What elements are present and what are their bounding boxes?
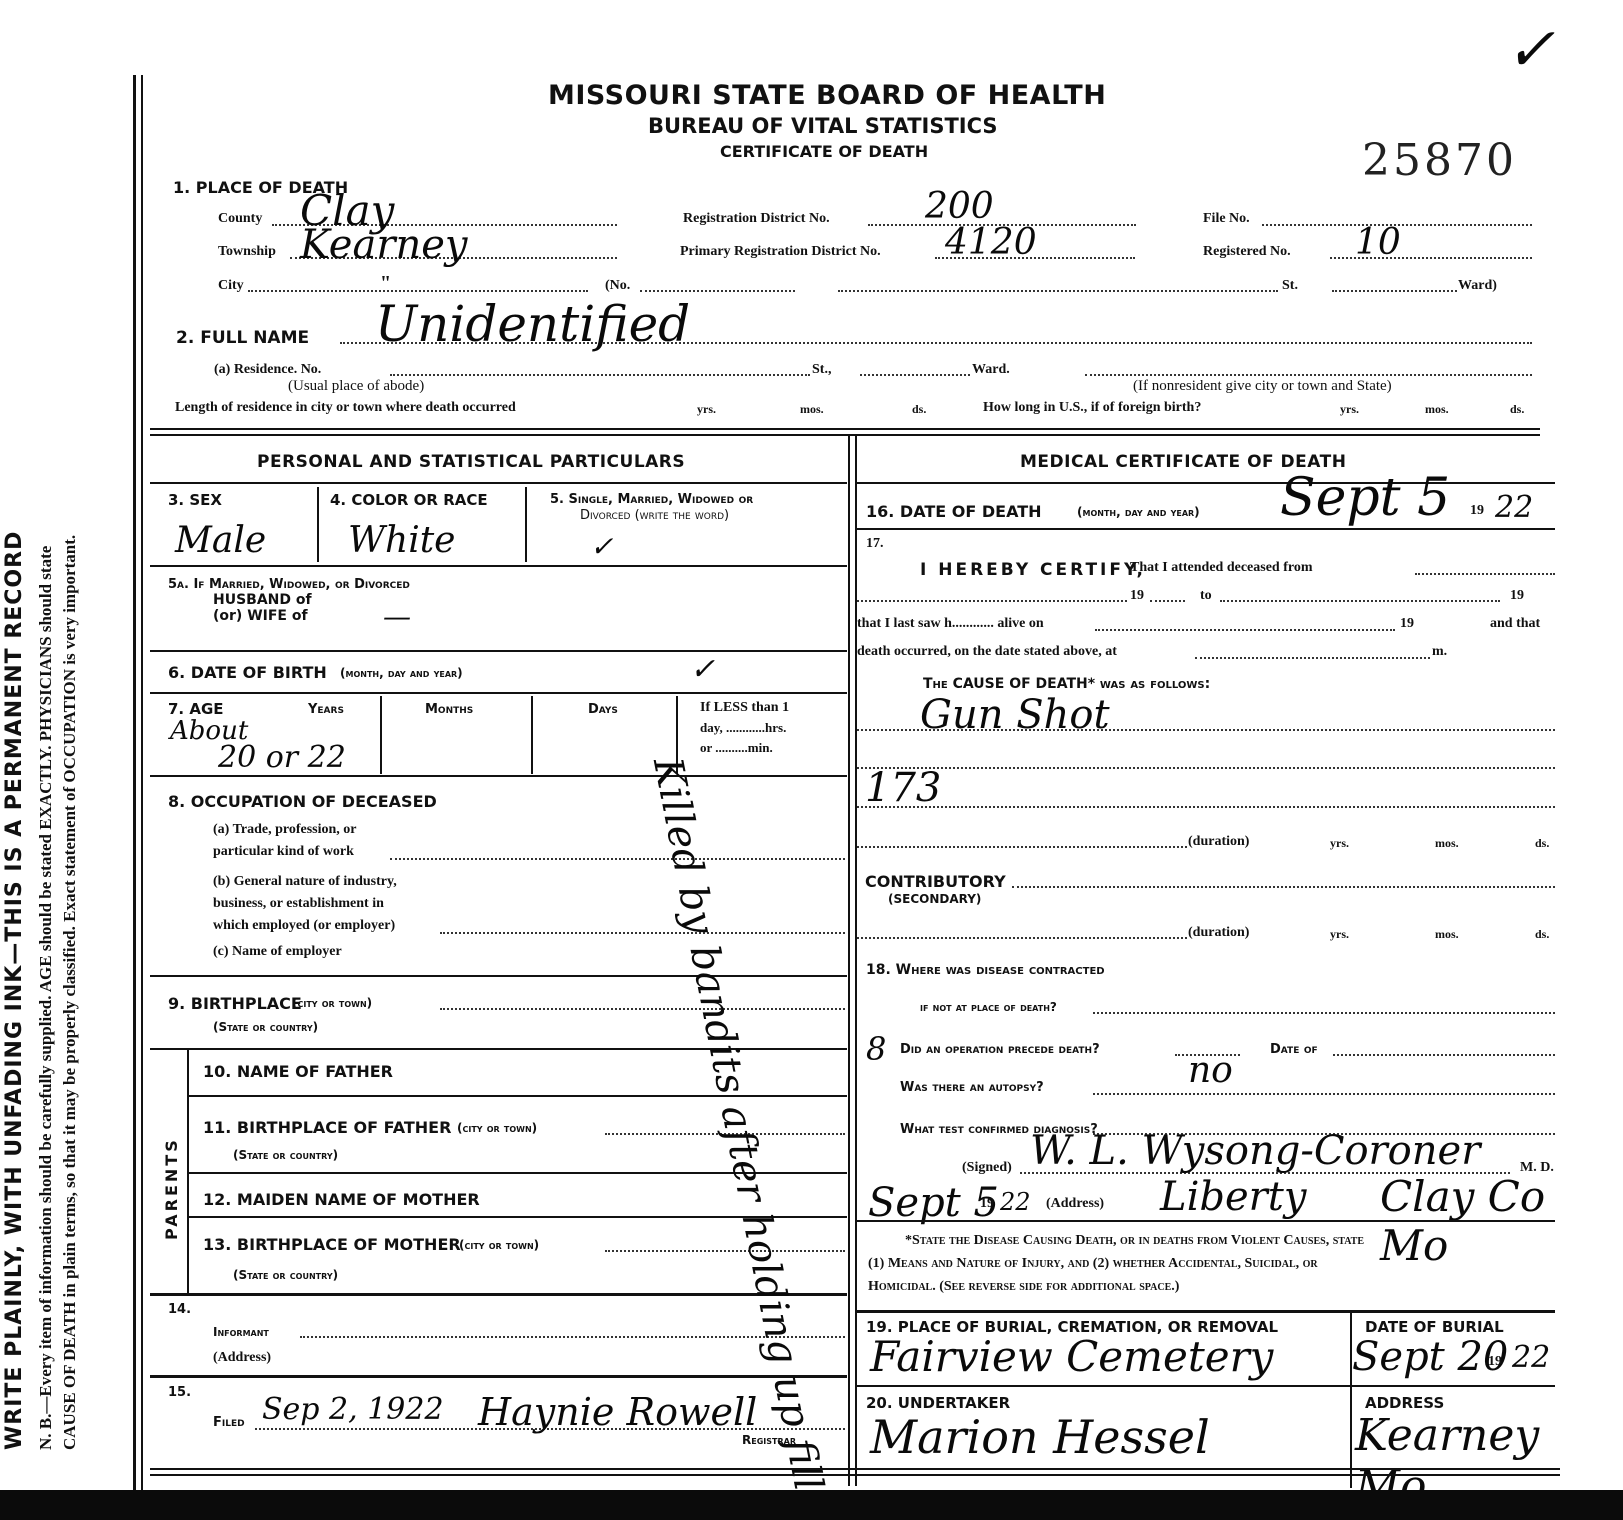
signed-label: (Signed) [962,1160,1012,1176]
age-less-label: If LESS than 1 [700,700,789,716]
certify-to: to [1200,588,1212,604]
cause-label: The CAUSE OF DEATH* was as follows: [923,676,1210,692]
birthplace-sub-label: (city or town) [292,996,372,1010]
husband-label: HUSBAND of [213,592,312,608]
parents-label: PARENTS [162,1120,181,1240]
dob-sub-label: (month, day and year) [340,666,463,680]
occupation-label: 8. OCCUPATION OF DECEASED [168,792,437,811]
informant-number: 14. [168,1302,191,1317]
length-ds: ds. [912,402,926,417]
age-months-label: Months [425,702,473,717]
length-yrs: yrs. [697,402,716,417]
burial-date-value: Sept 20 [1352,1334,1508,1380]
dod-label: 16. DATE OF DEATH [866,502,1042,521]
us-mos: mos. [1425,402,1449,417]
full-name-value: Unidentified [375,295,690,353]
secondary-duration-mos: mos. [1435,927,1459,942]
primary-reg-value: 4120 [945,222,1037,263]
undertaker-value: Marion Hessel [870,1410,1210,1464]
reg-district-value: 200 [925,186,994,227]
filed-label: Filed [213,1415,245,1430]
column-divider [848,436,850,1486]
occ-b-line3: which employed (or employer) [213,918,395,934]
autopsy-value: no [1188,1050,1233,1091]
form-name: CERTIFICATE OF DEATH [720,142,928,161]
personal-section-title: PERSONAL AND STATISTICAL PARTICULARS [257,452,685,472]
certify-19-b: 19 [1510,588,1524,604]
dod-year-prefix: 19 [1470,503,1484,519]
primary-duration-ds: ds. [1535,836,1549,851]
length-mos: mos. [800,402,824,417]
age-less-day: day, ............hrs. [700,720,786,736]
primary-duration-mos: mos. [1435,836,1459,851]
margin-note-line3: CAUSE OF DEATH in plain terms, so that i… [60,150,80,1450]
last-saw-label: that I last saw h............ alive on [857,616,1044,632]
dod-year-value: 22 [1495,490,1533,525]
primary-duration-yrs: yrs. [1330,836,1349,851]
occ-a-line2: particular kind of work [213,844,354,860]
township-value: Kearney [300,222,467,268]
birthplace-state-label: (State or country) [213,1020,318,1034]
burial-place-value: Fairview Cemetery [870,1332,1273,1381]
check-mark-icon: ✓ [1505,15,1555,85]
certify-number: 17. [866,536,884,552]
informant-label: Informant [213,1325,269,1339]
margin-note-permanent-record: WRITE PLAINLY, WITH UNFADING INK—THIS IS… [2,300,27,1450]
informant-address-label: (Address) [213,1350,271,1366]
secondary-duration-label: (duration) [1188,925,1249,941]
form-border-left [133,75,136,1495]
marital-label: 5. Single, Married, Widowed or [550,492,753,507]
sign-year-value: 22 [1000,1188,1031,1216]
diagonal-handwritten-note: Killed by bandits after holding up filli… [644,754,796,1312]
footnote-line1: *State the Disease Causing Death, or in … [905,1233,1364,1249]
occ-c-label: (c) Name of employer [213,944,342,960]
city-label: City [218,278,244,294]
how-long-label: How long in U.S., if of foreign birth? [983,400,1201,416]
mother-state-label: (State or country) [233,1268,338,1282]
secondary-duration-ds: ds. [1535,927,1549,942]
file-no-label: File No. [1203,211,1250,227]
page-title: MISSOURI STATE BOARD OF HEALTH [548,80,1106,111]
primary-duration-label: (duration) [1188,834,1249,850]
age-less-min: or ..........min. [700,740,773,756]
full-name-label: 2. FULL NAME [176,328,309,348]
age-days-label: Days [588,702,618,717]
race-value: White [348,520,455,561]
registrar-name-value: Haynie Rowell [478,1390,757,1434]
city-st-label: St. [1282,278,1298,294]
city-value: " [380,272,391,295]
dod-sub-label: (month, day and year) [1077,505,1200,519]
page-subtitle: BUREAU OF VITAL STATISTICS [648,114,998,138]
certificate-number: 25870 [1362,135,1517,186]
wife-label: (or) WIFE of [213,608,308,624]
father-state-label: (State or country) [233,1148,338,1162]
where-contracted-label: 18. Where was disease contracted [866,962,1105,978]
occ-b-line1: (b) General nature of industry, [213,874,397,890]
death-occurred-m: m. [1432,644,1447,660]
sign-year-prefix: 19 [980,1196,994,1212]
length-residence-label: Length of residence in city or town wher… [175,400,516,416]
last-saw-19: 19 [1400,616,1414,632]
us-ds: ds. [1510,402,1524,417]
marital-label-2: Divorced (write the word) [580,508,729,523]
operation-label: Did an operation precede death? [900,1042,1100,1057]
certify-heading: I HEREBY CERTIFY, [920,560,1146,580]
filed-number: 15. [168,1385,191,1400]
township-label: Township [218,244,276,260]
occ-a-line1: (a) Trade, profession, or [213,822,357,838]
dob-value: ✓ [690,652,715,687]
reg-district-label: Registration District No. [683,211,830,227]
autopsy-field [1093,1093,1555,1095]
dod-value: Sept 5 [1280,468,1450,528]
primary-reg-label: Primary Registration District No. [680,244,881,260]
marital-value: ✓ [590,530,613,563]
father-birthplace-label: 11. BIRTHPLACE OF FATHER [203,1118,451,1137]
spouse-value: — [383,600,411,633]
occ-b-line2: business, or establishment in [213,896,384,912]
cause-code-value: 173 [865,765,941,811]
abode-note: (Usual place of abode) [288,378,424,395]
cause-value: Gun Shot [920,692,1110,738]
secondary-label: (SECONDARY) [888,892,981,906]
autopsy-label: Was there an autopsy? [900,1080,1044,1095]
certify-19-a: 19 [1130,588,1144,604]
residence-label: (a) Residence. No. [214,362,321,378]
death-occurred-label: death occurred, on the date stated above… [857,644,1117,660]
date-of-label: Date of [1270,1042,1318,1057]
registered-no-value: 10 [1355,222,1401,263]
margin-mark-8: 8 [866,1030,886,1068]
county-label: County [218,211,262,227]
age-years-label: Years [308,702,344,717]
birthplace-label: 9. BIRTHPLACE [168,994,302,1013]
mother-birthplace-label: 13. BIRTHPLACE OF MOTHER [203,1235,461,1254]
sign-address-value: Liberty [1160,1174,1306,1220]
margin-note-line2: N. B.—Every item of information should b… [36,150,56,1450]
certify-text: That I attended deceased from [1130,560,1313,576]
secondary-duration-yrs: yrs. [1330,927,1349,942]
city-ward-label: Ward) [1458,278,1497,294]
nonresident-note: (If nonresident give city or town and St… [1133,378,1392,395]
if-not-label: if not at place of death? [920,1000,1057,1014]
spouse-label: 5a. If Married, Widowed, or Divorced [168,577,410,592]
signed-value: W. L. Wysong-Coroner [1030,1128,1480,1174]
residence-ward-label: Ward. [972,362,1010,378]
residence-st-label: St., [812,362,831,378]
sign-address-label: (Address) [1046,1196,1104,1212]
form-border-left-inner [141,75,143,1495]
footnote-line2: (1) Means and Nature of Injury, and (2) … [868,1256,1318,1272]
footnote-line3: Homicidal. (See reverse side for additio… [868,1279,1179,1295]
mother-birthplace-sub: (city or town) [459,1238,539,1252]
sex-value: Male [175,520,266,561]
filed-date-value: Sep 2, 1922 [262,1392,444,1427]
registered-no-label: Registered No. [1203,244,1291,260]
burial-year-value: 22 [1512,1340,1550,1375]
dob-label: 6. DATE OF BIRTH [168,663,327,682]
contributory-label: CONTRIBUTORY [865,872,1006,891]
city-no-label: (No. [605,278,630,294]
father-name-label: 10. NAME OF FATHER [203,1062,393,1081]
and-that-label: and that [1490,616,1540,632]
father-birthplace-sub: (city or town) [457,1121,537,1135]
us-yrs: yrs. [1340,402,1359,417]
mother-name-label: 12. MAIDEN NAME OF MOTHER [203,1190,480,1209]
burial-year-prefix: 19 [1488,1354,1502,1370]
sex-label: 3. SEX [168,491,222,509]
age-value-line2: 20 or 22 [218,740,346,775]
scan-bottom-edge [0,1490,1623,1520]
race-label: 4. COLOR OR RACE [330,491,488,509]
